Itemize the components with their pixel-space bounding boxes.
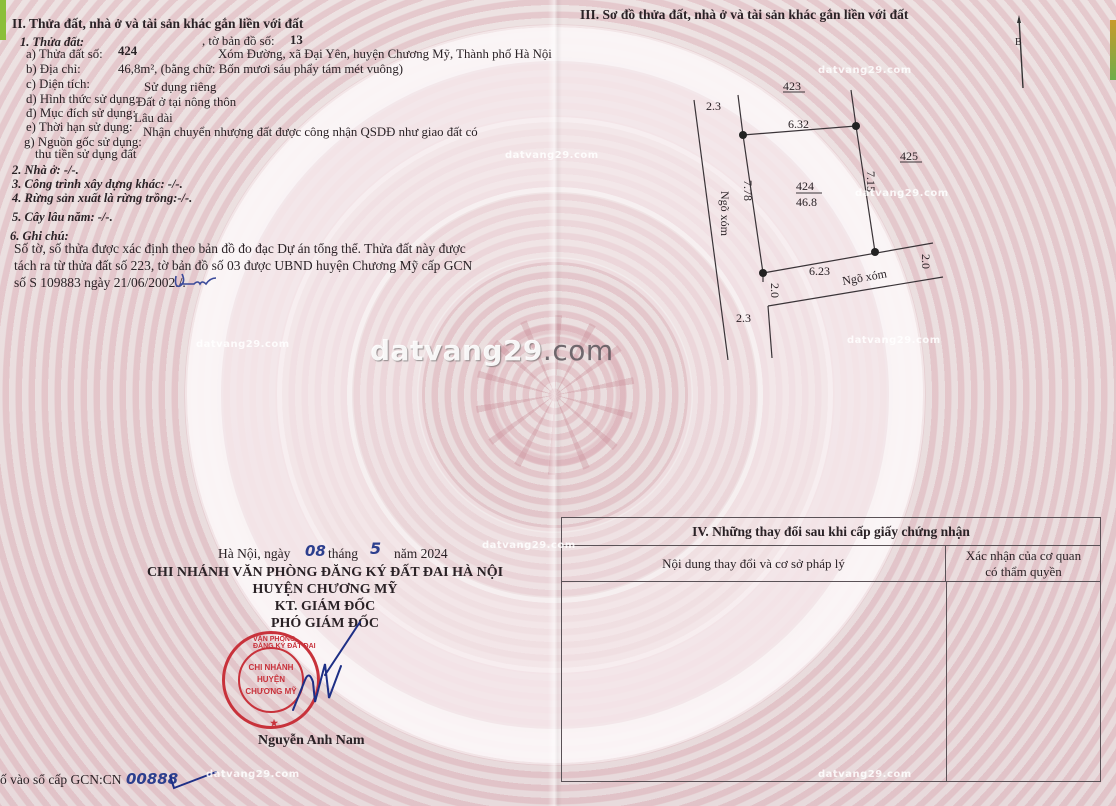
section-iii-title: III. Sơ đồ thửa đất, nhà ở và tài sản kh… bbox=[580, 7, 908, 23]
alley-bottom-width-left: 2.0 bbox=[768, 283, 782, 298]
sign-day: 08 bbox=[305, 542, 326, 560]
background-edge bbox=[1110, 20, 1116, 80]
area-value: 46,8m², (bằng chữ: Bốn mươi sáu phẩy tám… bbox=[118, 62, 403, 77]
house-item: 2. Nhà ở: -/-. bbox=[12, 163, 79, 178]
initials-scribble-icon bbox=[172, 270, 222, 292]
org-line-1: CHI NHÁNH VĂN PHÒNG ĐĂNG KÝ ĐẤT ĐAI HÀ N… bbox=[140, 565, 510, 581]
sign-year: năm 2024 bbox=[394, 546, 448, 562]
alley-left-label: Ngõ xóm bbox=[718, 191, 732, 237]
page-fold bbox=[548, 0, 562, 806]
address-label: b) Địa chỉ: bbox=[26, 62, 81, 77]
notes-line-2: tách ra từ thửa đất số 223, tờ bản đồ số… bbox=[14, 258, 472, 274]
notes-line-1: Số tờ, số thửa được xác định theo bản đồ… bbox=[14, 241, 466, 257]
confirmation-header-line-2: có thẩm quyền bbox=[946, 564, 1101, 580]
production-forest-item: 4. Rừng sản xuất là rừng trồng:-/-. bbox=[12, 191, 192, 206]
purpose-value: Đất ở tại nông thôn bbox=[137, 95, 236, 110]
origin-value-line1: Nhận chuyển nhượng đất được công nhận QS… bbox=[143, 125, 478, 140]
origin-value-line2: thu tiền sử dụng đất bbox=[35, 147, 136, 162]
bottom-edge-length: 6.23 bbox=[809, 264, 830, 278]
watermark-small: datvang29.com bbox=[505, 150, 599, 161]
watermark-small: datvang29.com bbox=[206, 769, 300, 780]
sign-month-label: tháng bbox=[328, 546, 358, 562]
sign-date-prefix: Hà Nội, ngày bbox=[218, 546, 290, 562]
usage-form-label: d) Hình thức sử dụng: bbox=[26, 92, 139, 107]
lot-value: 424 bbox=[118, 44, 137, 59]
address-value-line: Xóm Đường, xã Đại Yên, huyện Chương Mỹ, … bbox=[218, 47, 552, 62]
watermark-main: datvang29.com bbox=[370, 334, 614, 367]
watermark-tld: .com bbox=[543, 334, 614, 367]
alley-left-width-top: 2.3 bbox=[706, 99, 721, 113]
changes-table-title: IV. Những thay đổi sau khi cấp giấy chứn… bbox=[562, 518, 1100, 546]
stamp-line-2: HUYỆN bbox=[257, 674, 285, 686]
map-sheet-value: 13 bbox=[290, 33, 303, 48]
alley-bottom-label: Ngõ xóm bbox=[841, 266, 888, 288]
left-edge-length: 7.78 bbox=[741, 180, 755, 201]
notes-line-3: số S 109883 ngày 21/06/2002./. bbox=[14, 275, 186, 291]
lot-area-label: 46.8 bbox=[796, 195, 817, 209]
watermark-small: datvang29.com bbox=[818, 65, 912, 76]
alley-left-width-bottom: 2.3 bbox=[736, 311, 751, 325]
lot-label: a) Thửa đất số: bbox=[26, 47, 103, 62]
neighbor-east-label: 425 bbox=[900, 149, 918, 163]
term-value: Lâu dài bbox=[134, 111, 173, 126]
role-line-1: KT. GIÁM ĐỐC bbox=[140, 599, 510, 615]
term-label: e) Thời hạn sử dụng: bbox=[26, 120, 133, 135]
north-label: B bbox=[1015, 37, 1022, 48]
neighbor-north-label: 423 bbox=[783, 80, 801, 93]
watermark-brand: datvang29 bbox=[370, 334, 543, 367]
registry-label: ố vào sổ cấp GCN:CN bbox=[0, 772, 122, 788]
signature-icon bbox=[285, 620, 365, 715]
other-construction-item: 3. Công trình xây dựng khác: -/-. bbox=[12, 177, 183, 192]
changes-col-content-header: Nội dung thay đổi và cơ sở pháp lý bbox=[562, 546, 946, 582]
watermark-small: datvang29.com bbox=[855, 188, 949, 199]
watermark-small: datvang29.com bbox=[196, 339, 290, 350]
alley-bottom-width-right: 2.0 bbox=[919, 254, 933, 269]
parcel-diagram: 423 425 2.3 6.32 424 46.8 6.23 2.3 7.78 … bbox=[680, 80, 980, 360]
background-edge bbox=[0, 0, 6, 40]
perennial-trees-item: 5. Cây lâu năm: -/-. bbox=[12, 210, 113, 225]
org-line-2: HUYỆN CHƯƠNG MỸ bbox=[140, 582, 510, 598]
changes-table-divider bbox=[946, 582, 947, 782]
signer-name: Nguyễn Anh Nam bbox=[258, 733, 365, 749]
confirmation-header-line-1: Xác nhận của cơ quan bbox=[946, 548, 1101, 564]
watermark-small: datvang29.com bbox=[847, 335, 941, 346]
changes-col-confirmation-header: Xác nhận của cơ quan có thẩm quyền bbox=[946, 546, 1101, 582]
area-label: c) Diện tích: bbox=[26, 77, 90, 92]
top-edge-length: 6.32 bbox=[788, 117, 809, 131]
watermark-small: datvang29.com bbox=[482, 540, 576, 551]
sign-month: 5 bbox=[370, 539, 381, 558]
stamp-star-icon: ★ bbox=[270, 718, 278, 729]
lot-number-label: 424 bbox=[796, 179, 814, 193]
usage-form-value: Sử dụng riêng bbox=[144, 80, 216, 95]
watermark-small: datvang29.com bbox=[818, 769, 912, 780]
purpose-label: đ) Mục đích sử dụng: bbox=[26, 106, 136, 121]
section-ii-title: II. Thửa đất, nhà ở và tài sản khác gắn … bbox=[12, 16, 303, 32]
changes-table: IV. Những thay đổi sau khi cấp giấy chứn… bbox=[561, 517, 1101, 782]
north-arrow-icon bbox=[1010, 14, 1030, 90]
